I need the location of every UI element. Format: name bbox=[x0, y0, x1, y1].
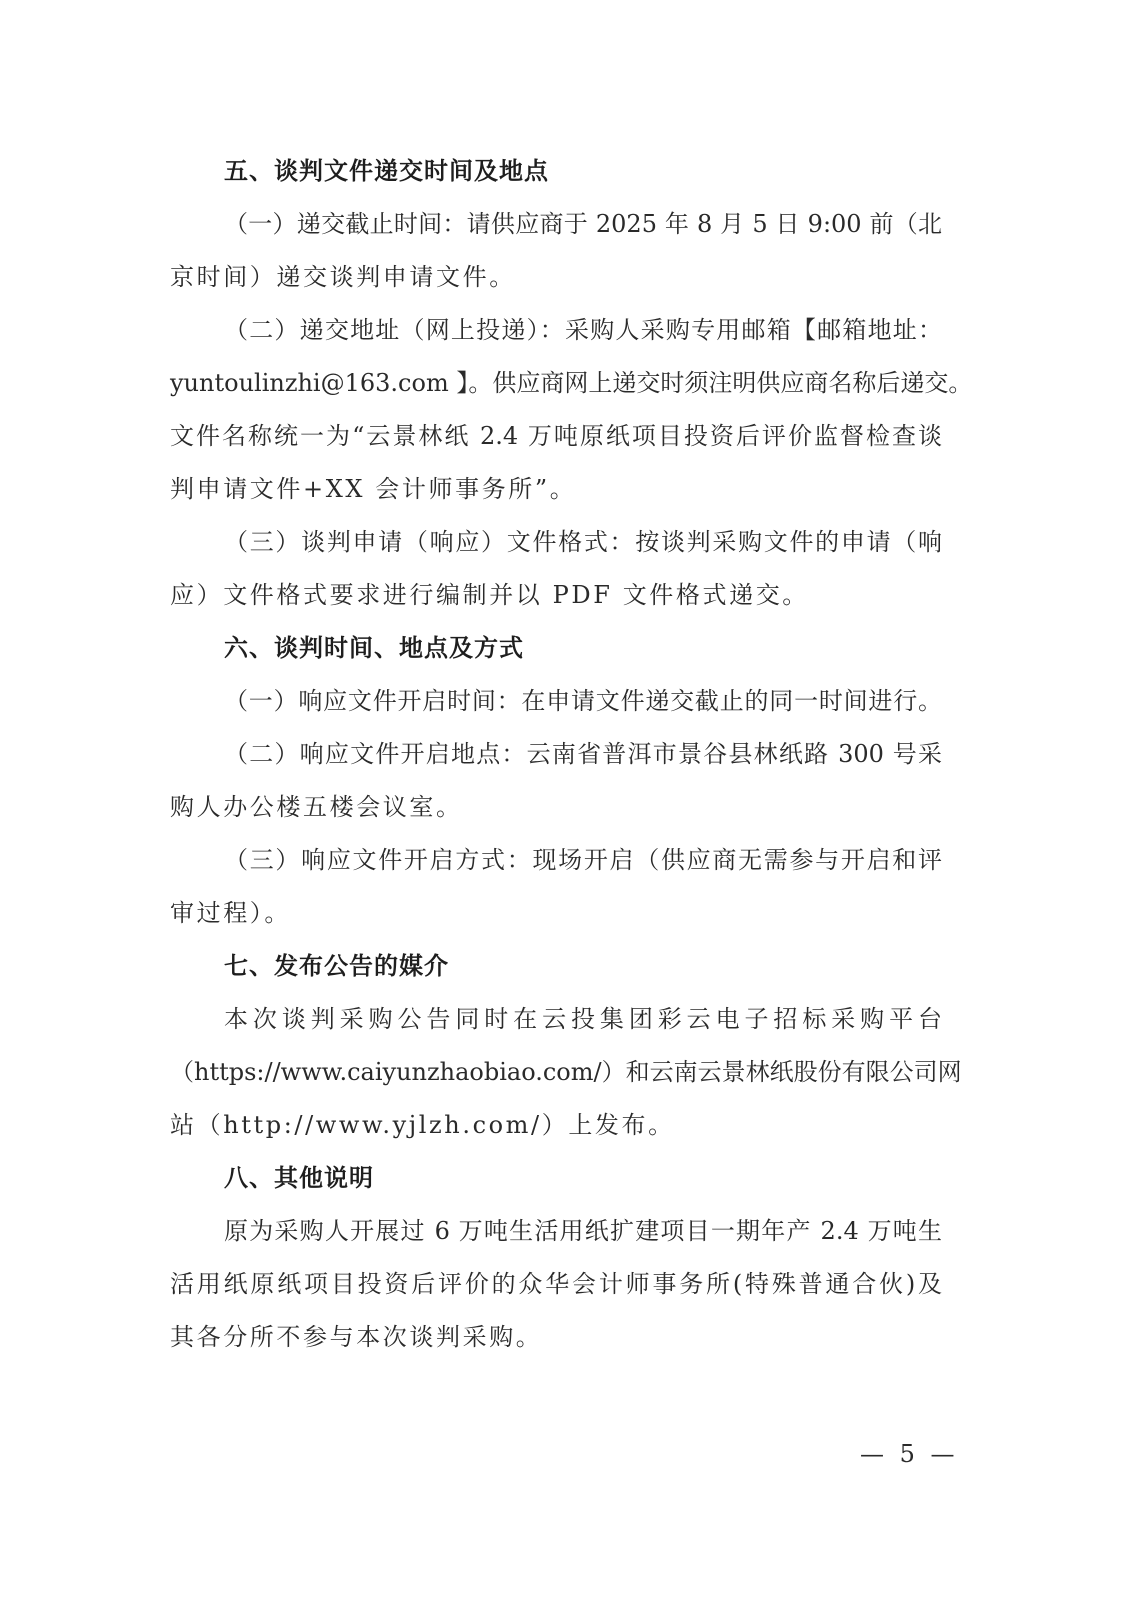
paragraph-line: 审过程）。 bbox=[170, 887, 942, 940]
page-number: — 5 — bbox=[860, 1440, 959, 1468]
paragraph-line: 其各分所不参与本次谈判采购。 bbox=[170, 1311, 942, 1364]
paragraph-line: （一）响应文件开启时间：在申请文件递交截止的同一时间进行。 bbox=[170, 675, 942, 728]
paragraph-line: （二）响应文件开启地点：云南省普洱市景谷县林纸路 300 号采 bbox=[170, 728, 942, 781]
paragraph-line: （三）谈判申请（响应）文件格式：按谈判采购文件的申请（响 bbox=[170, 516, 942, 569]
paragraph-line-url: 站（http://www.yjlzh.com/）上发布。 bbox=[170, 1099, 942, 1152]
paragraph-line: 原为采购人开展过 6 万吨生活用纸扩建项目一期年产 2.4 万吨生 bbox=[170, 1205, 942, 1258]
section-heading-5: 五、谈判文件递交时间及地点 bbox=[170, 145, 942, 198]
paragraph-line: 购人办公楼五楼会议室。 bbox=[170, 781, 942, 834]
document-page: 五、谈判文件递交时间及地点 （一）递交截止时间：请供应商于 2025 年 8 月… bbox=[170, 145, 942, 1364]
paragraph-line: （一）递交截止时间：请供应商于 2025 年 8 月 5 日 9:00 前（北 bbox=[170, 198, 942, 251]
paragraph-line: 文件名称统一为“云景林纸 2.4 万吨原纸项目投资后评价监督检查谈 bbox=[170, 410, 942, 463]
paragraph-line-email: yuntoulinzhi@163.com 】。供应商网上递交时须注明供应商名称后… bbox=[170, 357, 942, 410]
paragraph-line: 京时间）递交谈判申请文件。 bbox=[170, 251, 942, 304]
paragraph-line: 判申请文件+XX 会计师事务所”。 bbox=[170, 463, 942, 516]
paragraph-line: 活用纸原纸项目投资后评价的众华会计师事务所(特殊普通合伙)及 bbox=[170, 1258, 942, 1311]
section-heading-8: 八、其他说明 bbox=[170, 1152, 942, 1205]
section-heading-6: 六、谈判时间、地点及方式 bbox=[170, 622, 942, 675]
paragraph-line: （二）递交地址（网上投递）：采购人采购专用邮箱【邮箱地址： bbox=[170, 304, 942, 357]
paragraph-line: 应）文件格式要求进行编制并以 PDF 文件格式递交。 bbox=[170, 569, 942, 622]
paragraph-line: （三）响应文件开启方式：现场开启（供应商无需参与开启和评 bbox=[170, 834, 942, 887]
paragraph-line-url: （https://www.caiyunzhaobiao.com/）和云南云景林纸… bbox=[170, 1046, 942, 1099]
section-heading-7: 七、发布公告的媒介 bbox=[170, 940, 942, 993]
paragraph-line: 本次谈判采购公告同时在云投集团彩云电子招标采购平台 bbox=[170, 993, 942, 1046]
